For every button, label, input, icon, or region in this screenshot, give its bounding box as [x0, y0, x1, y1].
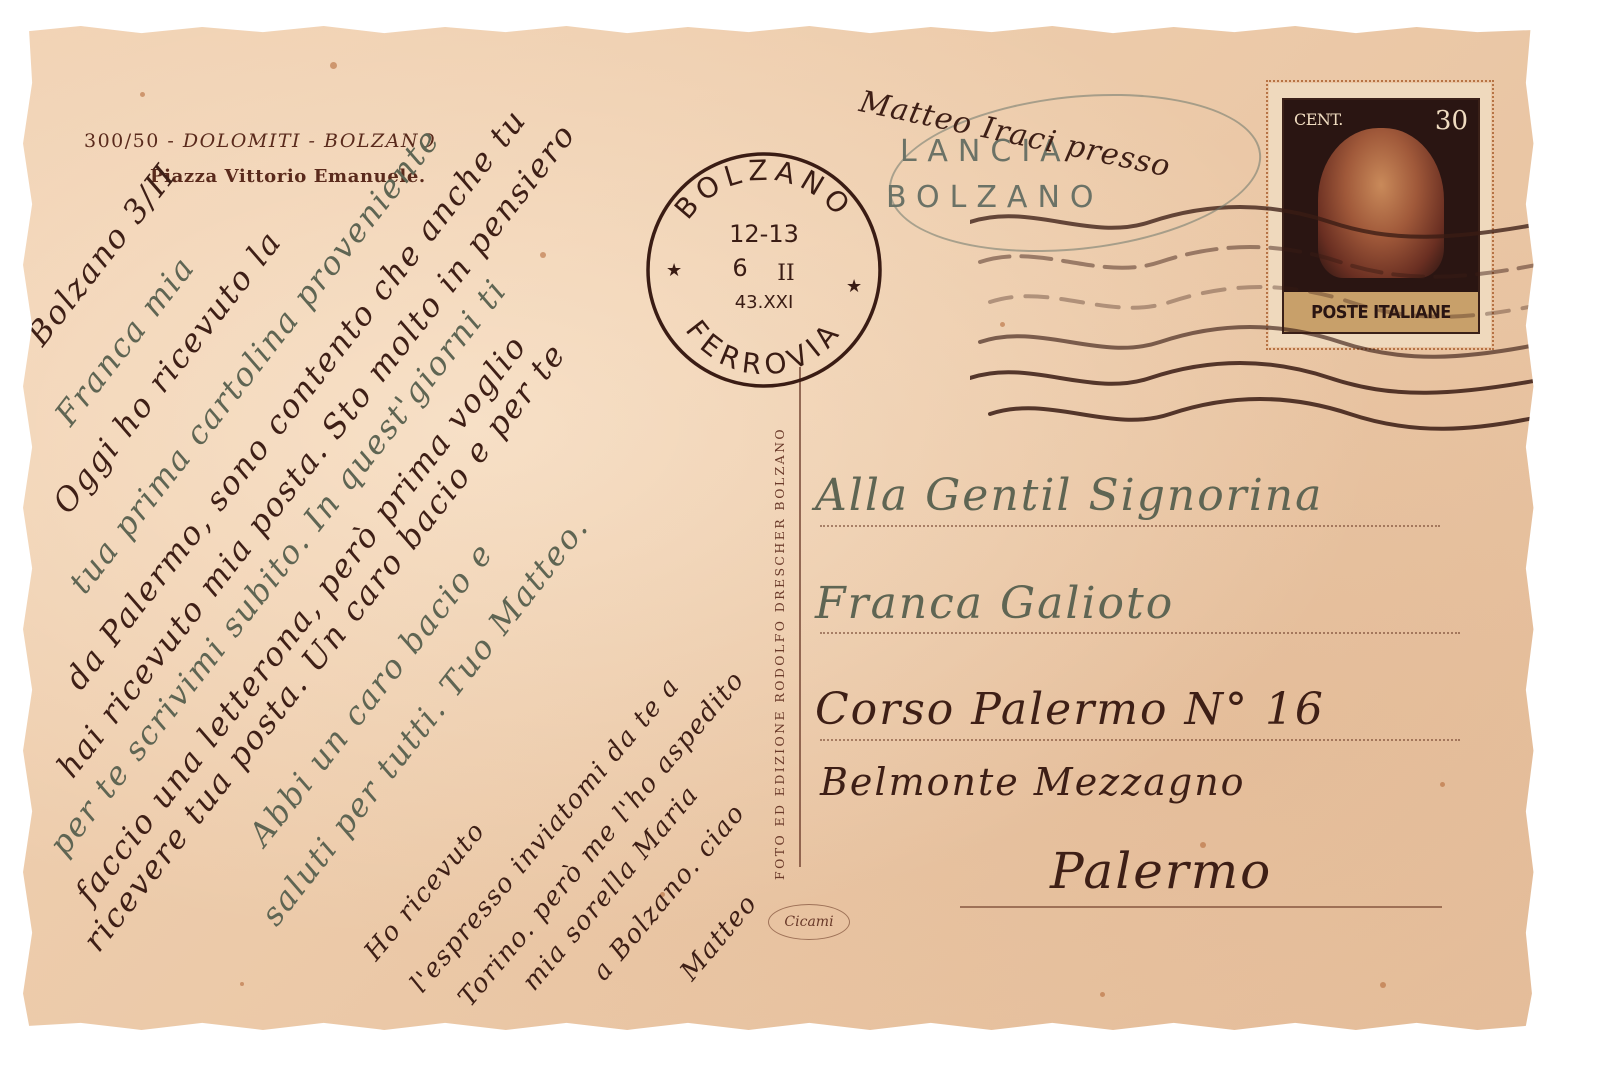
address-street: Corso Palermo N° 16 — [815, 684, 1325, 735]
publisher-credit: FOTO ED EDIZIONE RODOLFO DRESCHER BOLZAN… — [772, 427, 787, 880]
address-salutation: Alla Gentil Signorina — [815, 470, 1323, 521]
address-rule — [820, 632, 1460, 634]
star-icon: ★ — [846, 276, 862, 296]
printed-title: 300/50 - DOLOMITI - BOLZANO — [84, 130, 436, 152]
sender-city: BOLZANO — [886, 180, 1104, 215]
postmark-month: II — [777, 261, 794, 286]
foxing-spot — [240, 982, 244, 986]
address-rule — [820, 739, 1460, 741]
postmark-year: 43.XXI — [735, 292, 794, 313]
center-divider — [799, 367, 801, 867]
address-rule — [820, 525, 1440, 527]
foxing-spot — [1100, 992, 1105, 997]
foxing-spot — [1440, 782, 1445, 787]
postmark-day: 6 — [732, 254, 747, 282]
postscript-signature: Matteo — [675, 888, 764, 986]
address-recipient: Franca Galioto — [815, 578, 1174, 629]
foxing-spot — [540, 252, 546, 258]
address-rule — [960, 906, 1442, 908]
star-icon: ★ — [666, 260, 682, 280]
stamp-value: 30 — [1435, 106, 1468, 136]
printer-mark: Cicami — [768, 904, 850, 940]
foxing-spot — [1380, 982, 1386, 988]
foxing-spot — [330, 62, 337, 69]
postmark-town-top: BOLZANO — [668, 154, 860, 226]
address-town: Belmonte Mezzagno — [820, 760, 1246, 804]
postcard: 300/50 - DOLOMITI - BOLZANO Piazza Vitto… — [20, 22, 1538, 1034]
series-number: 300/50 - — [84, 130, 175, 152]
address-province: Palermo — [1050, 842, 1272, 900]
foxing-spot — [140, 92, 145, 97]
circular-postmark: BOLZANO FERROVIA ★ ★ 12-13 6 II 43.XXI — [636, 142, 892, 398]
svg-text:BOLZANO: BOLZANO — [668, 154, 860, 226]
stamp-denomination-label: CENT. — [1294, 110, 1343, 129]
postmark-time: 12-13 — [729, 220, 799, 248]
